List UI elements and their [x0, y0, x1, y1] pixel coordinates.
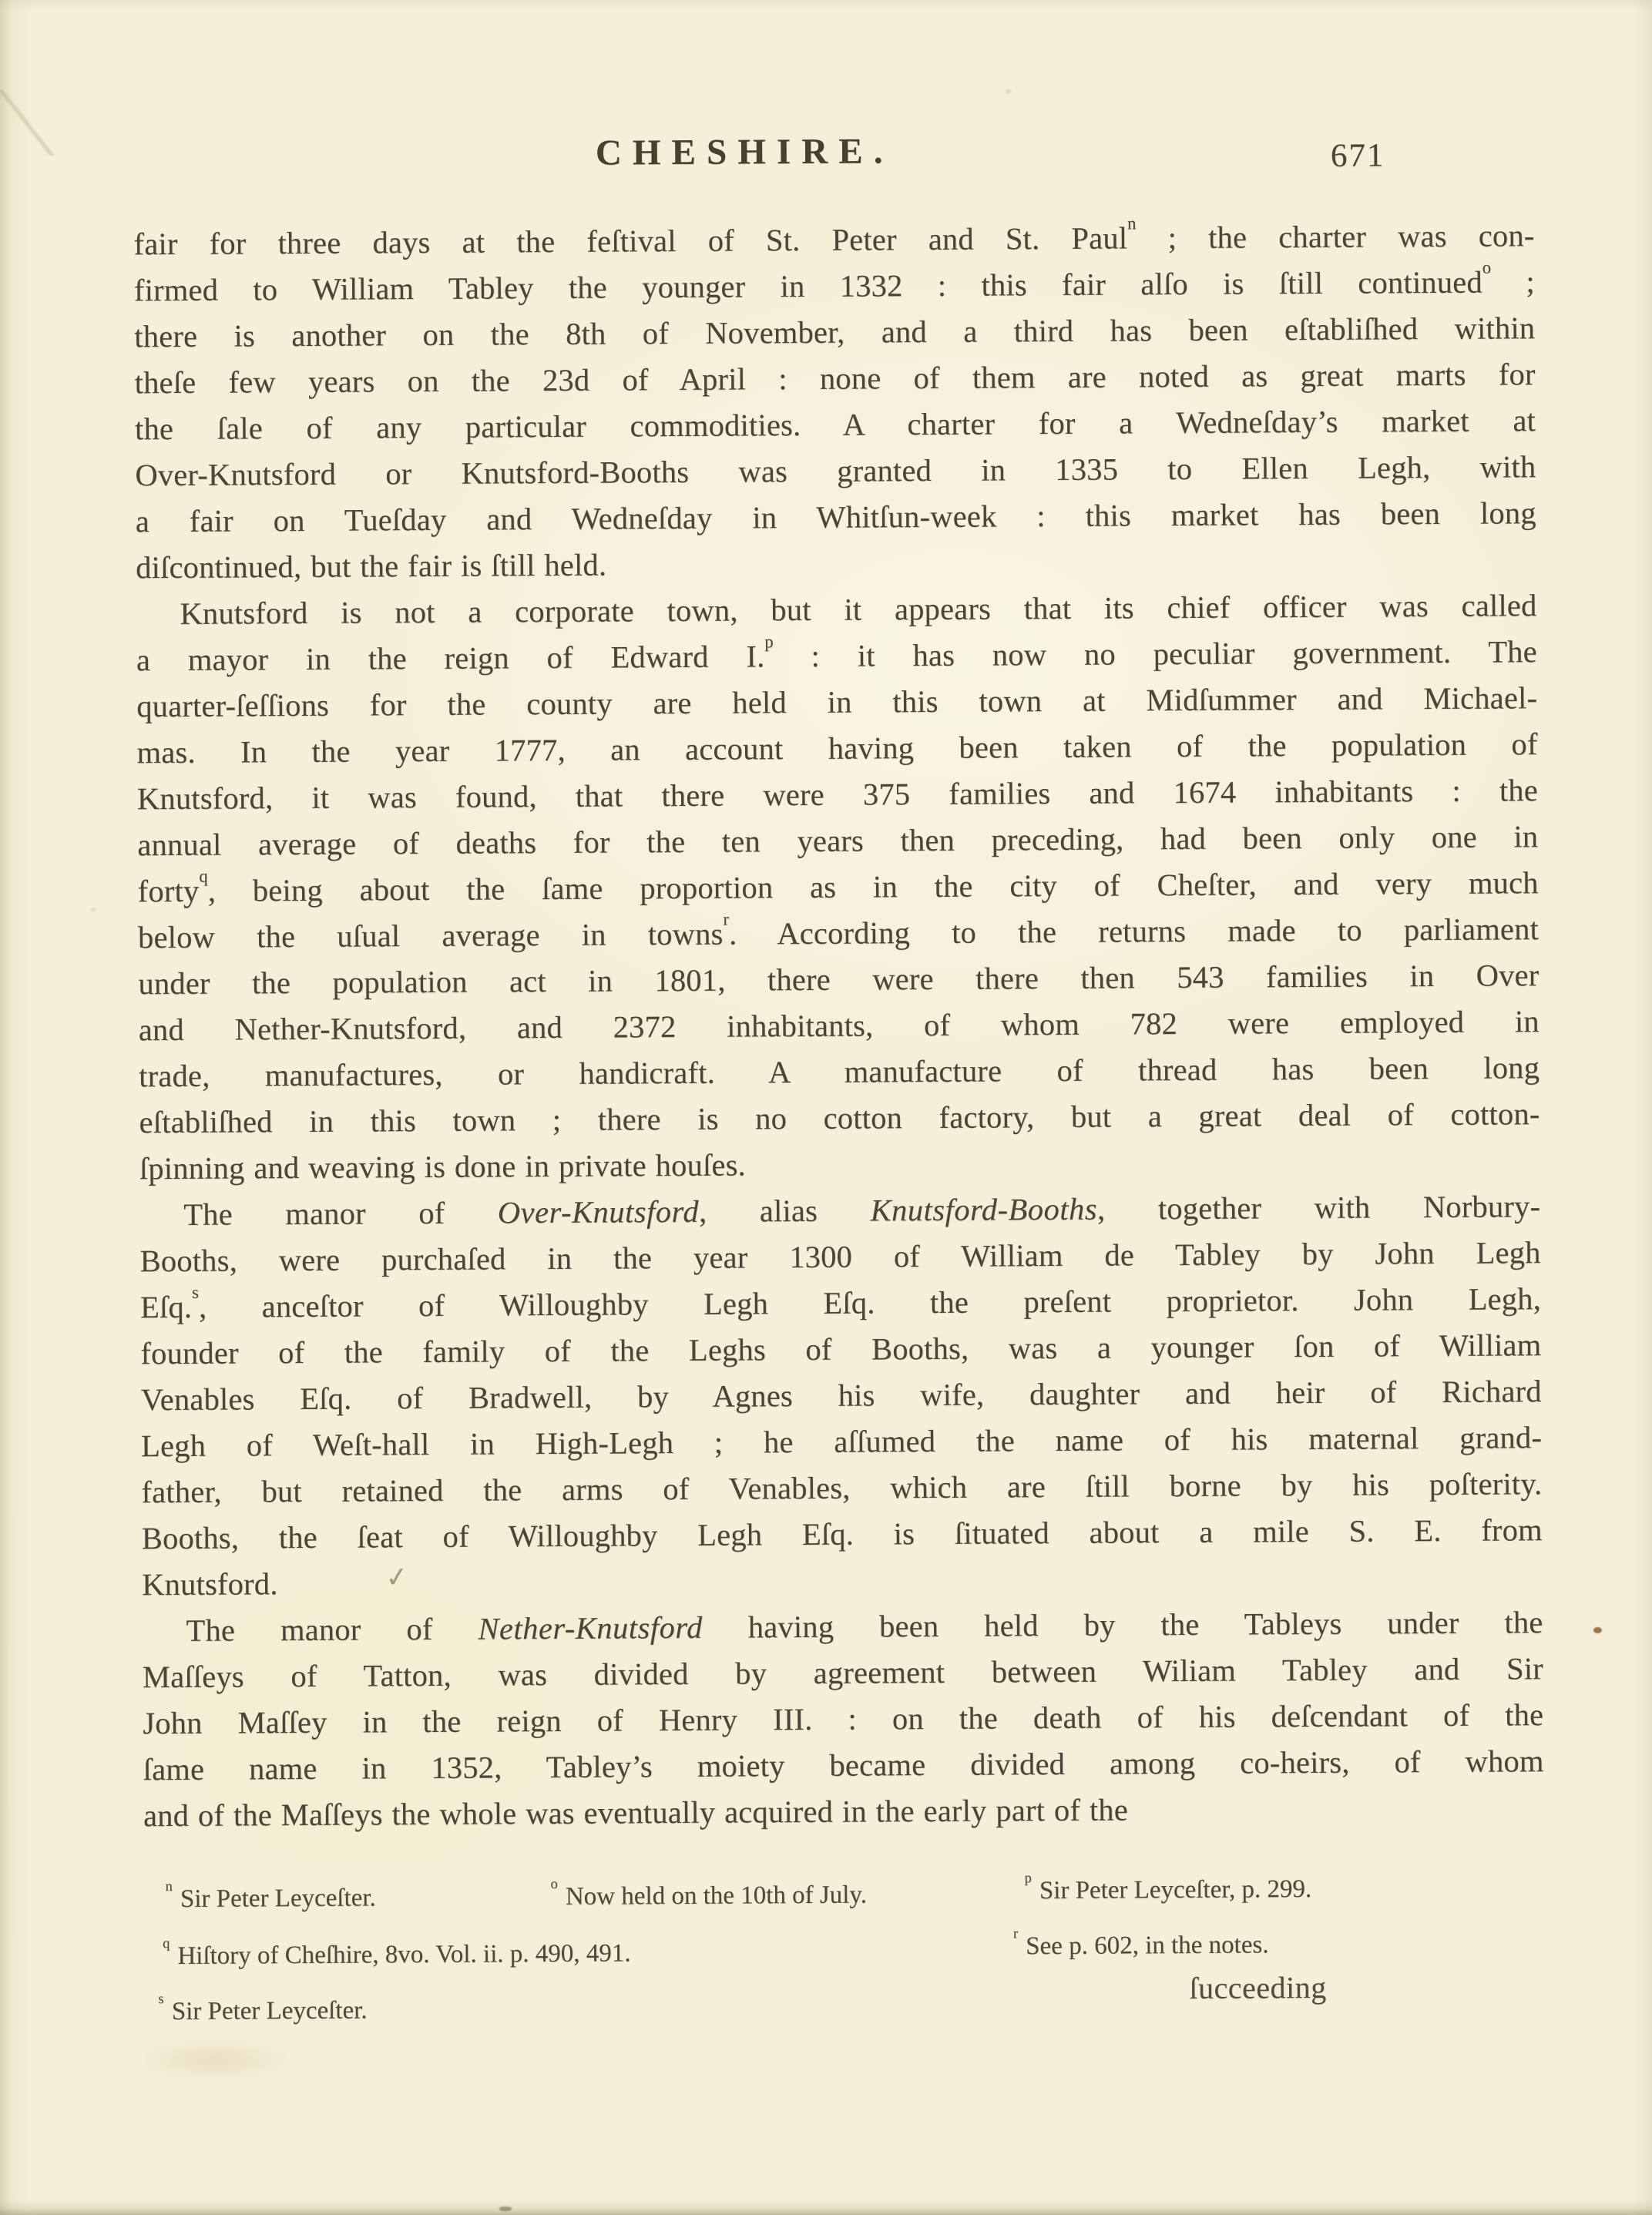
pencil-checkmark: ✓ [384, 1561, 411, 1595]
footnote-marker: s [158, 1991, 163, 2006]
book-page: CHESHIRE. 671 fair for three days at the… [0, 0, 1652, 2215]
footnote: qHiſtory of Cheſhire, 8vo. Vol. ii. p. 4… [163, 1939, 631, 1972]
footnotes: nSir Peter Leyceſter.oNow held on the 10… [0, 0, 1652, 2215]
footnote-marker: o [551, 1876, 558, 1891]
footnote: oNow held on the 10th of July. [551, 1881, 868, 1912]
footnote-marker: r [1013, 1925, 1018, 1941]
catchword: ſucceeding [1189, 1969, 1327, 2006]
footnote-marker: n [166, 1878, 173, 1894]
footnote: rSee p. 602, in the notes. [1013, 1931, 1269, 1962]
footnote: sSir Peter Leyceſter. [158, 1997, 367, 2028]
footnote: pSir Peter Leyceſter, p. 299. [1025, 1875, 1312, 1906]
footnote: nSir Peter Leyceſter. [166, 1884, 376, 1915]
footnote-marker: p [1024, 1870, 1031, 1885]
footnote-marker: q [163, 1935, 170, 1951]
printed-content: CHESHIRE. 671 fair for three days at the… [0, 0, 1652, 2215]
